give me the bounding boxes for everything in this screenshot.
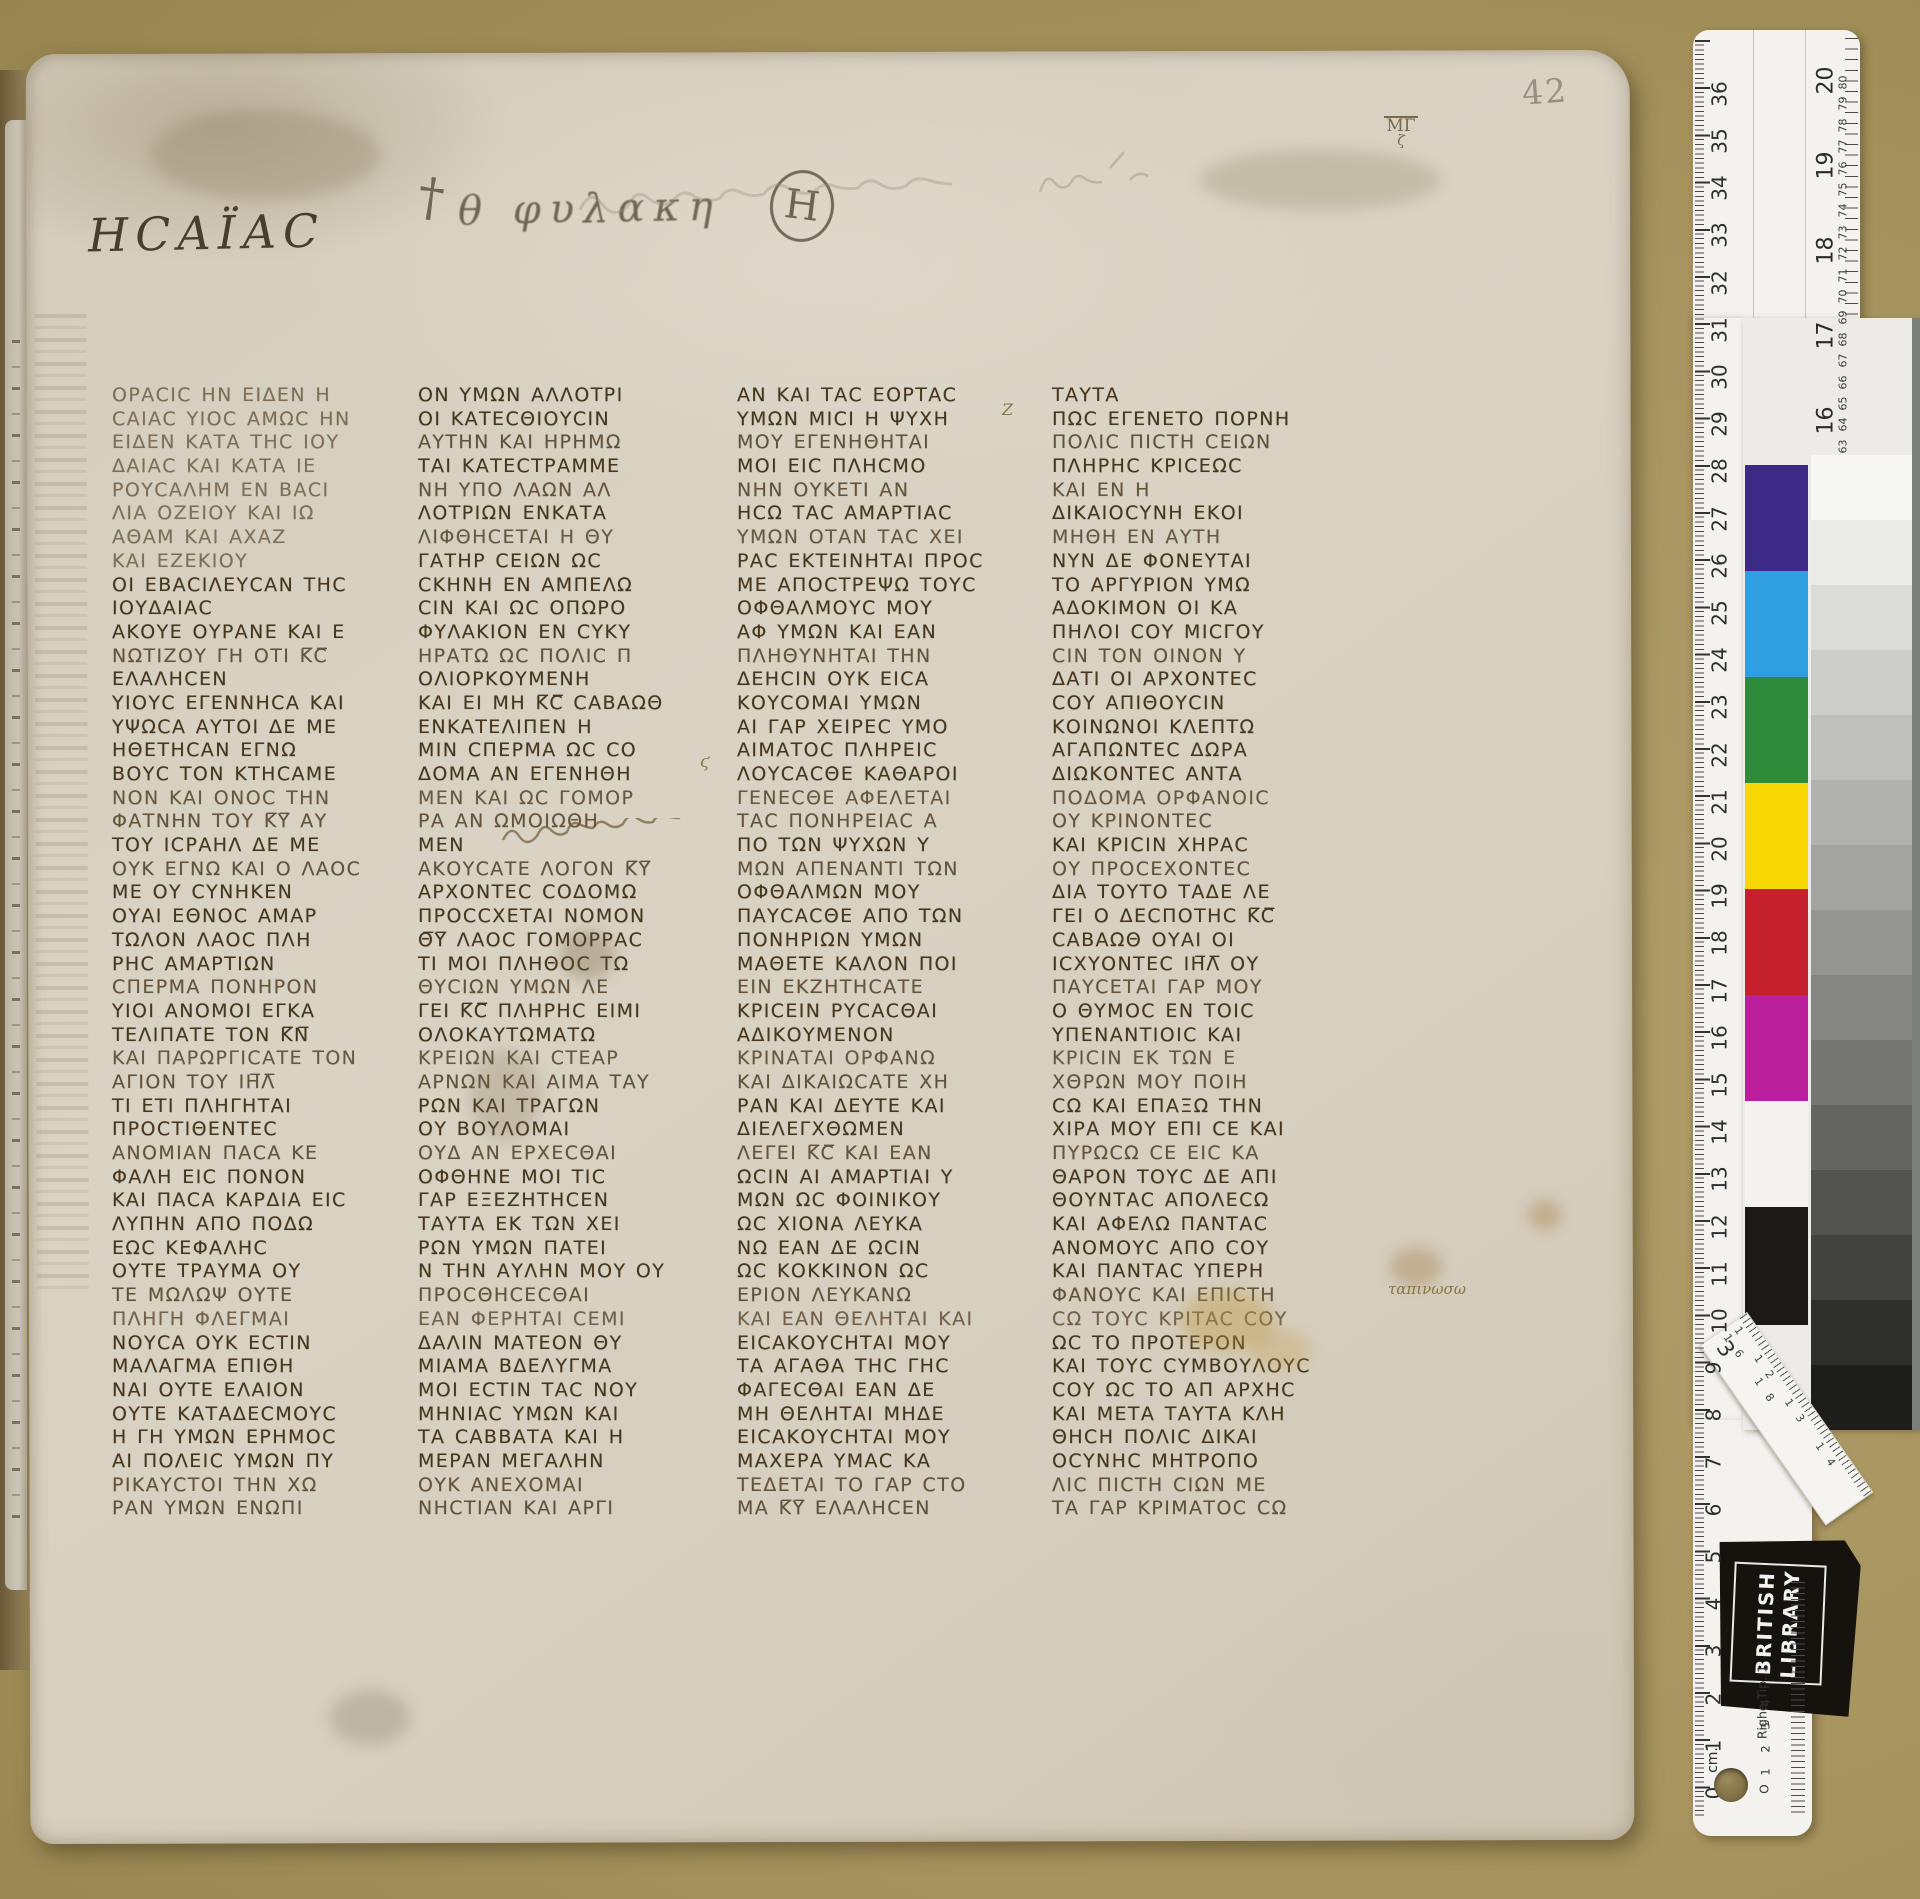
manuscript-line: ΡΟΥϹΑΛΗΜ ΕΝ ΒΑϹΙ <box>112 479 424 503</box>
manuscript-line: ΔΙΕΛΕΓΧΘΩΜΕΝ <box>737 1118 1049 1142</box>
manuscript-line: ΑΚΟΥΕ ΟΥΡΑΝΕ ΚΑΙ Ε <box>112 621 424 645</box>
manuscript-line: ΜΑΘΕΤΕ ΚΑΛΟΝ ΠΟΙ <box>737 953 1049 977</box>
ruler-right-small-number: 67 <box>1837 354 1850 368</box>
manuscript-line: ΡΙΚΑΥϹΤΟΙ ΤΗΝ ΧΩ <box>112 1474 424 1498</box>
manuscript-line: ΝΑΙ ΟΥΤΕ ΕΛΑΙΟΝ <box>112 1379 424 1403</box>
manuscript-line: ΟϹΥΝΗϹ ΜΗΤΡΟΠΟ <box>1052 1450 1364 1474</box>
manuscript-line: ΜΙΝ ϹΠΕΡΜΑ ΩϹ ϹΟ <box>418 739 730 763</box>
color-patch-cyan <box>1745 571 1808 677</box>
manuscript-line: ΠΩϹ ΕΓΕΝΕΤΟ ΠΟΡΝΗ <box>1052 408 1364 432</box>
manuscript-line: ΤΕ ΜΩΛΩΨ ΟΥΤΕ <box>112 1284 424 1308</box>
manuscript-line: ΕΑΝ ΦΕΡΗΤΑΙ ϹΕΜΙ <box>418 1308 730 1332</box>
ruler-left-number: 3 <box>1701 1645 1725 1658</box>
manuscript-line: ΠΟ ΤΩΝ ΨΥΧΩΝ Υ <box>737 834 1049 858</box>
manuscript-line: Ο ΘΥΜΟϹ ΕΝ ΤΟΙϹ <box>1052 1000 1364 1024</box>
manuscript-line: ΜΕΝ ΚΑΙ ΩϹ ΓΟΜΟΡ <box>418 787 730 811</box>
british-library-label-border: BRITISH LIBRARY <box>1730 1562 1827 1686</box>
ruler-left-number: 31 <box>1708 317 1732 342</box>
manuscript-line: ΥΙΟΙ ΑΝΟΜΟΙ ΕΓΚΑ <box>112 1000 424 1024</box>
manuscript-line: ΘΑΡΟΝ ΤΟΥϹ ΔΕ ΑΠΙ <box>1052 1166 1364 1190</box>
ruler-right-small-number: 74 <box>1837 204 1850 218</box>
color-patch-green <box>1745 677 1808 783</box>
manuscript-line: Η ΓΗ ΥΜΩΝ ΕΡΗΜΟϹ <box>112 1426 424 1450</box>
ruler-left-number: 12 <box>1708 1214 1732 1239</box>
manuscript-line: ΔΙΑ ΤΟΥΤΟ ΤΑΔΕ ΛΕ <box>1052 881 1364 905</box>
manuscript-line: ΥΜΩΝ ΟΤΑΝ ΤΑϹ ΧΕΙ <box>737 526 1049 550</box>
manuscript-line: ΩϹ ΚΟΚΚΙΝΟΝ ΩϹ <box>737 1260 1049 1284</box>
manuscript-line: ΦΥΛΑΚΙΟΝ ΕΝ ϹΥΚΥ <box>418 621 730 645</box>
ruler-left-number: 1 <box>1701 1739 1725 1752</box>
ruler-right-small-number: 77 <box>1837 140 1850 154</box>
parchment-stain <box>1250 1330 1310 1370</box>
ruler-right-small-number: 79 <box>1837 97 1850 111</box>
manuscript-line: ΕΙΝ ΕΚΖΗΤΗϹΑΤΕ <box>737 976 1049 1000</box>
manuscript-line: ΓΑΡ ΕΞΕΖΗΤΗϹΕΝ <box>418 1189 730 1213</box>
manuscript-line: ΠΟΔΟΜΑ ΟΡΦΑΝΟΙϹ <box>1052 787 1364 811</box>
parchment-stain <box>330 1690 410 1745</box>
ruler-left-number: 23 <box>1708 695 1732 720</box>
ruler-right-small-number: 71 <box>1837 268 1850 282</box>
manuscript-line: ΘΥϹΙΩΝ ΥΜΩΝ ΛΕ <box>418 976 730 1000</box>
ruler-cm-ticks <box>1695 40 1710 1800</box>
manuscript-line: ΛΥΠΗΝ ΑΠΟ ΠΟΔΩ <box>112 1213 424 1237</box>
manuscript-line: ΙΟΥΔΑΙΑϹ <box>112 597 424 621</box>
manuscript-line: ΟΡΑϹΙϹ ΗΝ ΕΙΔΕΝ Η <box>112 384 424 408</box>
manuscript-line: ΚΟΙΝΩΝΟΙ ΚΛΕΠΤΩ <box>1052 716 1364 740</box>
manuscript-line: ΑΦ ΥΜΩΝ ΚΑΙ ΕΑΝ <box>737 621 1049 645</box>
manuscript-line: ΝΗ ΥΠΟ ΛΑΩΝ ΑΛ <box>418 479 730 503</box>
ruler-left-number: 34 <box>1708 175 1732 200</box>
grayscale-step-4 <box>1811 650 1912 715</box>
manuscript-line: ΑΙ ΠΟΛΕΙϹ ΥΜΩΝ ΠΥ <box>112 1450 424 1474</box>
manuscript-line: ΗΘΕΤΗϹΑΝ ΕΓΝΩ <box>112 739 424 763</box>
color-patch-yellow <box>1745 783 1808 889</box>
parchment-stain <box>150 110 380 200</box>
manuscript-line: ΜΕ ΟΥ ϹΥΝΗΚΕΝ <box>112 881 424 905</box>
manuscript-line: ΦΑΤΝΗΝ ΤΟΥ Κ̅Υ̅ ΑΥ <box>112 810 424 834</box>
manuscript-line: ΒΟΥϹ ΤΟΝ ΚΤΗϹΑΜΕ <box>112 763 424 787</box>
manuscript-line: ΚΑΙ ΔΙΚΑΙΩϹΑΤΕ ΧΗ <box>737 1071 1049 1095</box>
manuscript-line: ΜΗΝΙΑϹ ΥΜΩΝ ΚΑΙ <box>418 1403 730 1427</box>
manuscript-line: ΡΑΝ ΚΑΙ ΔΕΥΤΕ ΚΑΙ <box>737 1095 1049 1119</box>
manuscript-line: ΡΗϹ ΑΜΑΡΤΙΩΝ <box>112 953 424 977</box>
manuscript-line: ΟΥΤΕ ΚΑΤΑΔΕϹΜΟΥϹ <box>112 1403 424 1427</box>
manuscript-line: ΙϹΧΥΟΝΤΕϹ ΙΗ̅Λ̅ ΟΥ <box>1052 953 1364 977</box>
ruler-left-number: 6 <box>1701 1503 1725 1516</box>
manuscript-line: ΠΑΥϹΑϹΘΕ ΑΠΟ ΤΩΝ <box>737 905 1049 929</box>
manuscript-line: ΔΑΤΙ ΟΙ ΑΡΧΟΝΤΕϹ <box>1052 668 1364 692</box>
ruler-left-number: 4 <box>1701 1598 1725 1611</box>
manuscript-line: ΡΩΝ ΥΜΩΝ ΠΑΤΕΙ <box>418 1237 730 1261</box>
faded-inscription-strokes <box>570 140 1210 250</box>
manuscript-line: ϹΚΗΝΗ ΕΝ ΑΜΠΕΛΩ <box>418 574 730 598</box>
manuscript-line: ΜΑΛΑΓΜΑ ΕΠΙΘΗ <box>112 1355 424 1379</box>
color-patch-white <box>1745 1101 1808 1207</box>
manuscript-line: ΔΑΙΑϹ ΚΑΙ ΚΑΤΑ ΙΕ <box>112 455 424 479</box>
manuscript-line: ΚΑΙ ΠΑΡΩΡΓΙϹΑΤΕ ΤΟΝ <box>112 1047 424 1071</box>
manuscript-line: ΛΟΤΡΙΩΝ ΕΝΚΑΤΑ <box>418 502 730 526</box>
library-label-line1: BRITISH <box>1751 1570 1780 1675</box>
ruler-right-big-number: 16 <box>1814 407 1839 435</box>
ruler-right-big-number: 20 <box>1814 67 1839 95</box>
manuscript-line: ΚΑΙ ΕΖΕΚΙΟΥ <box>112 550 424 574</box>
manuscript-line: ΛΙϹ ΠΙϹΤΗ ϹΙΩΝ ΜΕ <box>1052 1474 1364 1498</box>
manuscript-line: ΩϹ ΧΙΟΝΑ ΛΕΥΚΑ <box>737 1213 1049 1237</box>
ruler-inner-number: 2 <box>1759 1745 1773 1752</box>
grayscale-step-10 <box>1811 1040 1912 1105</box>
manuscript-line: ΟΥ ΚΡΙΝΟΝΤΕϹ <box>1052 810 1364 834</box>
manuscript-line: ΚΑΙ ΕΑΝ ΘΕΛΗΤΑΙ ΚΑΙ <box>737 1308 1049 1332</box>
manuscript-line: ΤΑ ΑΓΑΘΑ ΤΗϹ ΓΗϹ <box>737 1355 1049 1379</box>
manuscript-line: ΑΓΙΟΝ ΤΟΥ ΙΗ̅Λ̅ <box>112 1071 424 1095</box>
manuscript-line: ΘΟΥΝΤΑϹ ΑΠΟΛΕϹΩ <box>1052 1189 1364 1213</box>
ruler-right-small-number: 63 <box>1837 439 1850 453</box>
manuscript-line: ΚΑΙ ΕΝ Η <box>1052 479 1364 503</box>
parchment-stain <box>1528 1200 1562 1230</box>
ruler-inner-number: 1 <box>1759 1768 1773 1775</box>
manuscript-line: ΟΛΟΚΑΥΤΩΜΑΤΩ <box>418 1024 730 1048</box>
manuscript-line: ϹΙΝ ΚΑΙ ΩϹ ΟΠΩΡΟ <box>418 597 730 621</box>
grayscale-step-5 <box>1811 715 1912 780</box>
manuscript-line: ΕΝΚΑΤΕΛΙΠΕΝ Η <box>418 716 730 740</box>
manuscript-line: ΑΝΟΜΙΑΝ ΠΑϹΑ ΚΕ <box>112 1142 424 1166</box>
manuscript-line: ΜΟΙ ΕΙϹ ΠΛΗϹΜΟ <box>737 455 1049 479</box>
color-patch-magenta <box>1745 995 1808 1101</box>
manuscript-line: ΟΥΚ ΑΝΕΧΟΜΑΙ <box>418 1474 730 1498</box>
manuscript-line: ΝΥΝ ΔΕ ΦΟΝΕΥΤΑΙ <box>1052 550 1364 574</box>
manuscript-line: ΚΑΙ ΚΡΙϹΙΝ ΧΗΡΑϹ <box>1052 834 1364 858</box>
ruler-left-number: 19 <box>1708 883 1732 908</box>
manuscript-line: ΜΟΥ ΕΓΕΝΗΘΗΤΑΙ <box>737 431 1049 455</box>
manuscript-line: ΟΦΘΑΛΜΩΝ ΜΟΥ <box>737 881 1049 905</box>
manuscript-line: ΜΕ ΑΠΟϹΤΡΕΨΩ ΤΟΥϹ <box>737 574 1049 598</box>
british-library-tab: BRITISH LIBRARY <box>1712 1535 1862 1717</box>
manuscript-line: ΝΩ ΕΑΝ ΔΕ ΩϹΙΝ <box>737 1237 1049 1261</box>
ruler-right-small-number: 65 <box>1837 397 1850 411</box>
ruler-left-number: 28 <box>1708 459 1732 484</box>
manuscript-line: ΠΥΡΩϹΩ ϹΕ ΕΙϹ ΚΑ <box>1052 1142 1364 1166</box>
manuscript-line: ΦΑΛΗ ΕΙϹ ΠΟΝΟΝ <box>112 1166 424 1190</box>
ruler-right-small-number: 66 <box>1837 375 1850 389</box>
manuscript-line: ΔΟΜΑ ΑΝ ΕΓΕΝΗΘΗ <box>418 763 730 787</box>
manuscript-line: ϹΟΥ ΑΠΙΘΟΥϹΙΝ <box>1052 692 1364 716</box>
manuscript-line: ΔΑΛΙΝ ΜΑΤΕΟΝ ΘΥ <box>418 1332 730 1356</box>
color-calibration-card <box>1743 318 1920 1430</box>
manuscript-line: ΟΥΚ ΕΓΝΩ ΚΑΙ Ο ΛΑΟϹ <box>112 858 424 882</box>
manuscript-line: ΟΛΙΟΡΚΟΥΜΕΝΗ <box>418 668 730 692</box>
show-through-text <box>34 314 89 1294</box>
color-patch-black <box>1745 1207 1808 1325</box>
folio-number: 42 <box>1521 70 1570 112</box>
ruler-left-number: 36 <box>1708 81 1732 106</box>
manuscript-line: ΟΥΑΙ ΕΘΝΟϹ ΑΜΑΡ <box>112 905 424 929</box>
manuscript-line: ΛΙΑ ΟΖΕΙΟΥ ΚΑΙ ΙΩ <box>112 502 424 526</box>
ruler-left-number: 2 <box>1701 1692 1725 1705</box>
manuscript-line: ΚΑΙ ΑΦΕΛΩ ΠΑΝΤΑϹ <box>1052 1213 1364 1237</box>
manuscript-line: ΑΝΟΜΟΥϹ ΑΠΟ ϹΟΥ <box>1052 1237 1364 1261</box>
manuscript-line: ΚΡΙϹΕΙΝ ΡΥϹΑϹΘΑΙ <box>737 1000 1049 1024</box>
manuscript-line: ΡΩΝ ΚΑΙ ΤΡΑΓΩΝ <box>418 1095 730 1119</box>
ruler-right-big-number: 18 <box>1814 237 1839 265</box>
manuscript-line: ΘΗϹΗ ΠΟΛΙϹ ΔΙΚΑΙ <box>1052 1426 1364 1450</box>
manuscript-line: Ν ΤΗΝ ΑΥΛΗΝ ΜΟΥ ΟΥ <box>418 1260 730 1284</box>
ruler-left-number: 26 <box>1708 553 1732 578</box>
manuscript-line: ΔΕΗϹΙΝ ΟΥΚ ΕΙϹΑ <box>737 668 1049 692</box>
ruler-right-small-number: 64 <box>1837 418 1850 432</box>
manuscript-line: ΤΕΔΕΤΑΙ ΤΟ ΓΑΡ ϹΤΟ <box>737 1474 1049 1498</box>
manuscript-line: ΥΙΟΥϹ ΕΓΕΝΝΗϹΑ ΚΑΙ <box>112 692 424 716</box>
manuscript-line: ΝΟΝ ΚΑΙ ΟΝΟϹ ΤΗΝ <box>112 787 424 811</box>
manuscript-line: ΜΕΡΑΝ ΜΕΓΑΛΗΝ <box>418 1450 730 1474</box>
manuscript-line: ΓΕΝΕϹΘΕ ΑΦΕΛΕΤΑΙ <box>737 787 1049 811</box>
manuscript-line: ΑΔΙΚΟΥΜΕΝΟΝ <box>737 1024 1049 1048</box>
manuscript-line: ΜΑΧΕΡΑ ΥΜΑϹ ΚΑ <box>737 1450 1049 1474</box>
grayscale-column <box>1811 318 1912 1430</box>
manuscript-line: ΤΕΛΙΠΑΤΕ ΤΟΝ Κ̅Ν̅ <box>112 1024 424 1048</box>
manuscript-line: ΕΡΙΟΝ ΛΕΥΚΑΝΩ <box>737 1284 1049 1308</box>
photograph-scene: ΗϹΑΪΑϹ † θ φυλακη Η 42 ΜΓ ζ ΟΡΑϹΙϹ ΗΝ ΕΙ… <box>0 0 1920 1899</box>
ruler-right-small-number: 80 <box>1837 76 1850 90</box>
manuscript-line: ΔΙΚΑΙΟϹΥΝΗ ΕΚΟΙ <box>1052 502 1364 526</box>
ruler-left-number: 14 <box>1708 1119 1732 1144</box>
ruler-left-number: 33 <box>1708 223 1732 248</box>
manuscript-line: ΚΑΙ ΕΙ ΜΗ Κ̅Ϲ̅ ϹΑΒΑΩΘ <box>418 692 730 716</box>
manuscript-line: ΠΡΟϹΘΗϹΕϹΘΑΙ <box>418 1284 730 1308</box>
manuscript-line: ΝΩΤΙΖΟΥ ΓΗ ΟΤΙ Κ̅Ϲ̅ <box>112 645 424 669</box>
manuscript-line: ΚΟΥϹΟΜΑΙ ΥΜΩΝ <box>737 692 1049 716</box>
ruler-left-number: 25 <box>1708 600 1732 625</box>
grayscale-step-6 <box>1811 780 1912 845</box>
manuscript-line: ΜΑ Κ̅Υ̅ ΕΛΑΛΗϹΕΝ <box>737 1497 1049 1521</box>
manuscript-line: ΛΙΦΘΗϹΕΤΑΙ Η ΘΥ <box>418 526 730 550</box>
grayscale-step-8 <box>1811 910 1912 975</box>
arabic-gloss-squiggle <box>497 818 712 852</box>
color-patch-red <box>1745 889 1808 995</box>
manuscript-line: ΚΑΙ ΤΟΥϹ ϹΥΜΒΟΥΛΟΥϹ <box>1052 1355 1364 1379</box>
ruler-left-number: 30 <box>1708 364 1732 389</box>
ruler-divider-line2 <box>1805 30 1806 324</box>
parchment-stain <box>560 930 615 980</box>
manuscript-line: ΜΩΝ ΩϹ ΦΟΙΝΙΚΟΥ <box>737 1189 1049 1213</box>
color-patch-column <box>1745 318 1808 1430</box>
manuscript-line: ΤΑΥΤΑ <box>1052 384 1364 408</box>
ruler-inner-ticks <box>1791 1582 1805 1816</box>
manuscript-line: ΕΙΔΕΝ ΚΑΤΑ ΤΗϹ ΙΟΥ <box>112 431 424 455</box>
manuscript-line: ΓΕΙ Κ̅Ϲ̅ ΠΛΗΡΗϹ ΕΙΜΙ <box>418 1000 730 1024</box>
leaf-edge-text-marks <box>12 340 20 1520</box>
manuscript-line: ΕΙϹΑΚΟΥϹΗΤΑΙ ΜΟΥ <box>737 1332 1049 1356</box>
manuscript-line: ΚΡΙΝΑΤΑΙ ΟΡΦΑΝΩ <box>737 1047 1049 1071</box>
manuscript-line: ΤΑΙ ΚΑΤΕϹΤΡΑΜΜΕ <box>418 455 730 479</box>
manuscript-line: ΑΙ ΓΑΡ ΧΕΙΡΕϹ ΥΜΟ <box>737 716 1049 740</box>
manuscript-line: ΠΑΥϹΕΤΑΙ ΓΑΡ ΜΟΥ <box>1052 976 1364 1000</box>
manuscript-line: ΜΗΘΗ ΕΝ ΑΥΤΗ <box>1052 526 1364 550</box>
manuscript-line: ΚΑΙ ΠΑϹΑ ΚΑΡΔΙΑ ΕΙϹ <box>112 1189 424 1213</box>
manuscript-line: ΜΩΝ ΑΠΕΝΑΝΤΙ ΤΩΝ <box>737 858 1049 882</box>
manuscript-line: ϹΑΒΑΩΘ ΟΥΑΙ ΟΙ <box>1052 929 1364 953</box>
ruler-left-number: 11 <box>1708 1261 1732 1286</box>
manuscript-line: ΚΑΙ ΠΑΝΤΑϹ ΥΠΕΡΗ <box>1052 1260 1364 1284</box>
manuscript-line: ΛΕΓΕΙ Κ̅Ϲ̅ ΚΑΙ ΕΑΝ <box>737 1142 1049 1166</box>
parchment-stain <box>1200 150 1440 210</box>
manuscript-line: ϹΑΙΑϹ ΥΙΟϹ ΑΜΩϹ ΗΝ <box>112 408 424 432</box>
manuscript-line: ΜΙΑΜΑ ΒΔΕΛΥΓΜΑ <box>418 1355 730 1379</box>
manuscript-line: ΓΕΙ Ο ΔΕϹΠΟΤΗϹ Κ̅Ϲ̅ <box>1052 905 1364 929</box>
manuscript-line: ΧΙΡΑ ΜΟΥ ΕΠΙ ϹΕ ΚΑΙ <box>1052 1118 1364 1142</box>
ruler-left-number: 22 <box>1708 742 1732 767</box>
gray-backing-strip <box>1912 318 1920 1430</box>
manuscript-line: ΠΛΗΘΥΝΗΤΑΙ ΤΗΝ <box>737 645 1049 669</box>
manuscript-line: ΑΡΧΟΝΤΕϹ ϹΟΔΟΜΩ <box>418 881 730 905</box>
ruler-left-number: 32 <box>1708 270 1732 295</box>
manuscript-line: ΥΠΕΝΑΝΤΙΟΙϹ ΚΑΙ <box>1052 1024 1364 1048</box>
manuscript-line: ΗΡΑΤΩ ΩϹ ΠΟΛΙϹ Π <box>418 645 730 669</box>
manuscript-line: ΕΙϹΑΚΟΥϹΗΤΑΙ ΜΟΥ <box>737 1426 1049 1450</box>
ruler-right-big-number: 19 <box>1814 152 1839 180</box>
manuscript-line: ΑΔΟΚΙΜΟΝ ΟΙ ΚΑ <box>1052 597 1364 621</box>
manuscript-line: ΤΩΛΟΝ ΛΑΟϹ ΠΛΗ <box>112 929 424 953</box>
manuscript-line: ϹΩ ΚΑΙ ΕΠΑΞΩ ΤΗΝ <box>1052 1095 1364 1119</box>
manuscript-line: ΧΘΡΩΝ ΜΟΥ ΠΟΙΗ <box>1052 1071 1364 1095</box>
manuscript-line: ΑΡΝΩΝ ΚΑΙ ΑΙΜΑ ΤΑΥ <box>418 1071 730 1095</box>
manuscript-line: ΤΟΥ ΙϹΡΑΗΛ ΔΕ ΜΕ <box>112 834 424 858</box>
grayscale-step-7 <box>1811 845 1912 910</box>
manuscript-line: ΟΙ ΚΑΤΕϹΘΙΟΥϹΙΝ <box>418 408 730 432</box>
manuscript-line: ΟΙ ΕΒΑϹΙΛΕΥϹΑΝ ΤΗϹ <box>112 574 424 598</box>
manuscript-line: ΤΑΥΤΑ ΕΚ ΤΩΝ ΧΕΙ <box>418 1213 730 1237</box>
manuscript-line: ΟΥΤΕ ΤΡΑΥΜΑ ΟΥ <box>112 1260 424 1284</box>
ruler-left-number: 18 <box>1708 931 1732 956</box>
manuscript-line: ΠΡΟϹΤΙΘΕΝΤΕϹ <box>112 1118 424 1142</box>
manuscript-line: ΠΟΝΗΡΙΩΝ ΥΜΩΝ <box>737 929 1049 953</box>
manuscript-line: ΦΑΓΕϹΘΑΙ ΕΑΝ ΔΕ <box>737 1379 1049 1403</box>
manuscript-line: ΠΛΗΓΗ ΦΛΕΓΜΑΙ <box>112 1308 424 1332</box>
manuscript-column-4: ΤΑΥΤΑΠΩϹ ΕΓΕΝΕΤΟ ΠΟΡΝΗΠΟΛΙϹ ΠΙϹΤΗ ϹΕΙΩΝΠ… <box>1052 384 1364 1521</box>
ruler-punch-hole <box>1714 1768 1748 1802</box>
manuscript-line: ΑΚΟΥϹΑΤΕ ΛΟΓΟΝ Κ̅Υ̅ <box>418 858 730 882</box>
manuscript-line: ΝΟΥϹΑ ΟΥΚ ΕϹΤΙΝ <box>112 1332 424 1356</box>
manuscript-line: ϹΠΕΡΜΑ ΠΟΝΗΡΟΝ <box>112 976 424 1000</box>
ruler-right-small-number: 76 <box>1837 161 1850 175</box>
ruler-right-small-number: 70 <box>1837 290 1850 304</box>
ruler-left-number: 5 <box>1701 1551 1725 1564</box>
grayscale-step-1 <box>1811 455 1912 520</box>
ruler-left-number: 10 <box>1708 1308 1732 1333</box>
manuscript-line: ΤΑ ϹΑΒΒΑΤΑ ΚΑΙ Η <box>418 1426 730 1450</box>
manuscript-line: ΜΗ ΘΕΛΗΤΑΙ ΜΗΔΕ <box>737 1403 1049 1427</box>
ruler-left-number: 15 <box>1708 1072 1732 1097</box>
grayscale-step-9 <box>1811 975 1912 1040</box>
manuscript-line: ΟΥΔ ΑΝ ΕΡΧΕϹΘΑΙ <box>418 1142 730 1166</box>
ruler-left-number: 7 <box>1701 1456 1725 1469</box>
ruler-left-number: 29 <box>1708 411 1732 436</box>
manuscript-line: ΩϹΙΝ ΑΙ ΑΜΑΡΤΙΑΙ Υ <box>737 1166 1049 1190</box>
ruler-left-number: 9 <box>1701 1362 1725 1375</box>
parchment-stain <box>1390 1248 1442 1286</box>
manuscript-line: ΤΟ ΑΡΓΥΡΙΟΝ ΥΜΩ <box>1052 574 1364 598</box>
quire-mark: ΜΓ ζ <box>1384 116 1418 149</box>
manuscript-line: ϹΟΥ ΩϹ ΤΟ ΑΠ ΑΡΧΗϹ <box>1052 1379 1364 1403</box>
ruler-divider-line <box>1753 30 1754 324</box>
manuscript-line: ΝΗΝ ΟΥΚΕΤΙ ΑΝ <box>737 479 1049 503</box>
manuscript-line: ΟΝ ΥΜΩΝ ΑΛΛΟΤΡΙ <box>418 384 730 408</box>
manuscript-line: ΤΙ ΕΤΙ ΠΛΗΓΗΤΑΙ <box>112 1095 424 1119</box>
ruler-left-number: 24 <box>1708 647 1732 672</box>
manuscript-line: ΠΟΛΙϹ ΠΙϹΤΗ ϹΕΙΩΝ <box>1052 431 1364 455</box>
manuscript-line: ΠΛΗΡΗϹ ΚΡΙϹΕΩϹ <box>1052 455 1364 479</box>
manuscript-column-1: ΟΡΑϹΙϹ ΗΝ ΕΙΔΕΝ ΗϹΑΙΑϹ ΥΙΟϹ ΑΜΩϹ ΗΝΕΙΔΕΝ… <box>112 384 424 1521</box>
manuscript-line: ΠΗΛΟΙ ϹΟΥ ΜΙϹΓΟΥ <box>1052 621 1364 645</box>
manuscript-line: ΝΗϹΤΙΑΝ ΚΑΙ ΑΡΓΙ <box>418 1497 730 1521</box>
marginal-note: ϛ <box>700 752 710 772</box>
manuscript-line: ΡΑΝ ΥΜΩΝ ΕΝΩΠΙ <box>112 1497 424 1521</box>
ruler-left-number: 35 <box>1708 128 1732 153</box>
manuscript-line: ΑΙΜΑΤΟϹ ΠΛΗΡΕΙϹ <box>737 739 1049 763</box>
manuscript-line: ΟΦΘΑΛΜΟΥϹ ΜΟΥ <box>737 597 1049 621</box>
grayscale-step-2 <box>1811 520 1912 585</box>
manuscript-line: ϹΙΝ ΤΟΝ ΟΙΝΟΝ Υ <box>1052 645 1364 669</box>
ruler-right-big-number: 17 <box>1814 322 1839 350</box>
ruler-right-small-number: 69 <box>1837 311 1850 325</box>
manuscript-line: ΚΡΙϹΙΝ ΕΚ ΤΩΝ Ε <box>1052 1047 1364 1071</box>
manuscript-line: ΟΥ ΠΡΟϹΕΧΟΝΤΕϹ <box>1052 858 1364 882</box>
manuscript-line: ΟΥ ΒΟΥΛΟΜΑΙ <box>418 1118 730 1142</box>
manuscript-line: ΛΟΥϹΑϹΘΕ ΚΑΘΑΡΟΙ <box>737 763 1049 787</box>
ruler-right-small-number: 68 <box>1837 332 1850 346</box>
grayscale-step-13 <box>1811 1235 1912 1300</box>
parchment-stain <box>470 1050 540 1140</box>
ruler-left-number: 16 <box>1708 1025 1732 1050</box>
manuscript-line: ΡΑϹ ΕΚΤΕΙΝΗΤΑΙ ΠΡΟϹ <box>737 550 1049 574</box>
grayscale-step-14 <box>1811 1300 1912 1365</box>
marginal-note: Ζ <box>1002 400 1013 419</box>
manuscript-line: ΗϹΩ ΤΑϹ ΑΜΑΡΤΙΑϹ <box>737 502 1049 526</box>
grayscale-step-11 <box>1811 1105 1912 1170</box>
manuscript-line: ΠΡΟϹϹΧΕΤΑΙ ΝΟΜΟΝ <box>418 905 730 929</box>
manuscript-line: ΤΑ ΓΑΡ ΚΡΙΜΑΤΟϹ ϹΩ <box>1052 1497 1364 1521</box>
grayscale-step-12 <box>1811 1170 1912 1235</box>
manuscript-line: ΥΨΩϹΑ ΑΥΤΟΙ ΔΕ ΜΕ <box>112 716 424 740</box>
manuscript-line: ΕΩϹ ΚΕΦΑΛΗϹ <box>112 1237 424 1261</box>
manuscript-line: ΚΑΙ ΜΕΤΑ ΤΑΥΤΑ ΚΛΗ <box>1052 1403 1364 1427</box>
grayscale-step-3 <box>1811 585 1912 650</box>
ruler-inner-number: 4 <box>1759 1699 1773 1706</box>
manuscript-line: ΓΑΤΗΡ ϹΕΙΩΝ ΩϹ <box>418 550 730 574</box>
underlying-leaf-edge <box>5 120 27 1590</box>
ruler-right-small-number: 78 <box>1837 118 1850 132</box>
color-patch-indigo <box>1745 465 1808 571</box>
ruler-right-small-number: 73 <box>1837 225 1850 239</box>
ruler-left-number: 8 <box>1701 1409 1725 1422</box>
ruler-left-number: 20 <box>1708 836 1732 861</box>
manuscript-line: ΑΥΤΗΝ ΚΑΙ ΗΡΗΜΩ <box>418 431 730 455</box>
ruler-right-small-number: 72 <box>1837 247 1850 261</box>
manuscript-line: ΟΦΘΗΝΕ ΜΟΙ ΤΙϹ <box>418 1166 730 1190</box>
manuscript-line: ΤΑϹ ΠΟΝΗΡΕΙΑϹ Α <box>737 810 1049 834</box>
ruler-left-number: 27 <box>1708 506 1732 531</box>
manuscript-line: ΚΡΕΙΩΝ ΚΑΙ ϹΤΕΑΡ <box>418 1047 730 1071</box>
manuscript-line: ΔΙΩΚΟΝΤΕϹ ΑΝΤΑ <box>1052 763 1364 787</box>
manuscript-line: ΑΓΑΠΩΝΤΕϹ ΔΩΡΑ <box>1052 739 1364 763</box>
ruler-inner-number: 3 <box>1759 1722 1773 1729</box>
grayscale-step-15 <box>1811 1365 1912 1430</box>
manuscript-line: ΜΟΙ ΕϹΤΙΝ ΤΑϹ ΝΟΥ <box>418 1379 730 1403</box>
manuscript-line: ΑΘΑΜ ΚΑΙ ΑΧΑΖ <box>112 526 424 550</box>
ruler-right-small-number: 75 <box>1837 183 1850 197</box>
page-title: ΗϹΑΪΑϹ <box>87 204 325 263</box>
ruler-left-number: 17 <box>1708 978 1732 1003</box>
ruler-inner-zero: O <box>1758 1784 1772 1793</box>
